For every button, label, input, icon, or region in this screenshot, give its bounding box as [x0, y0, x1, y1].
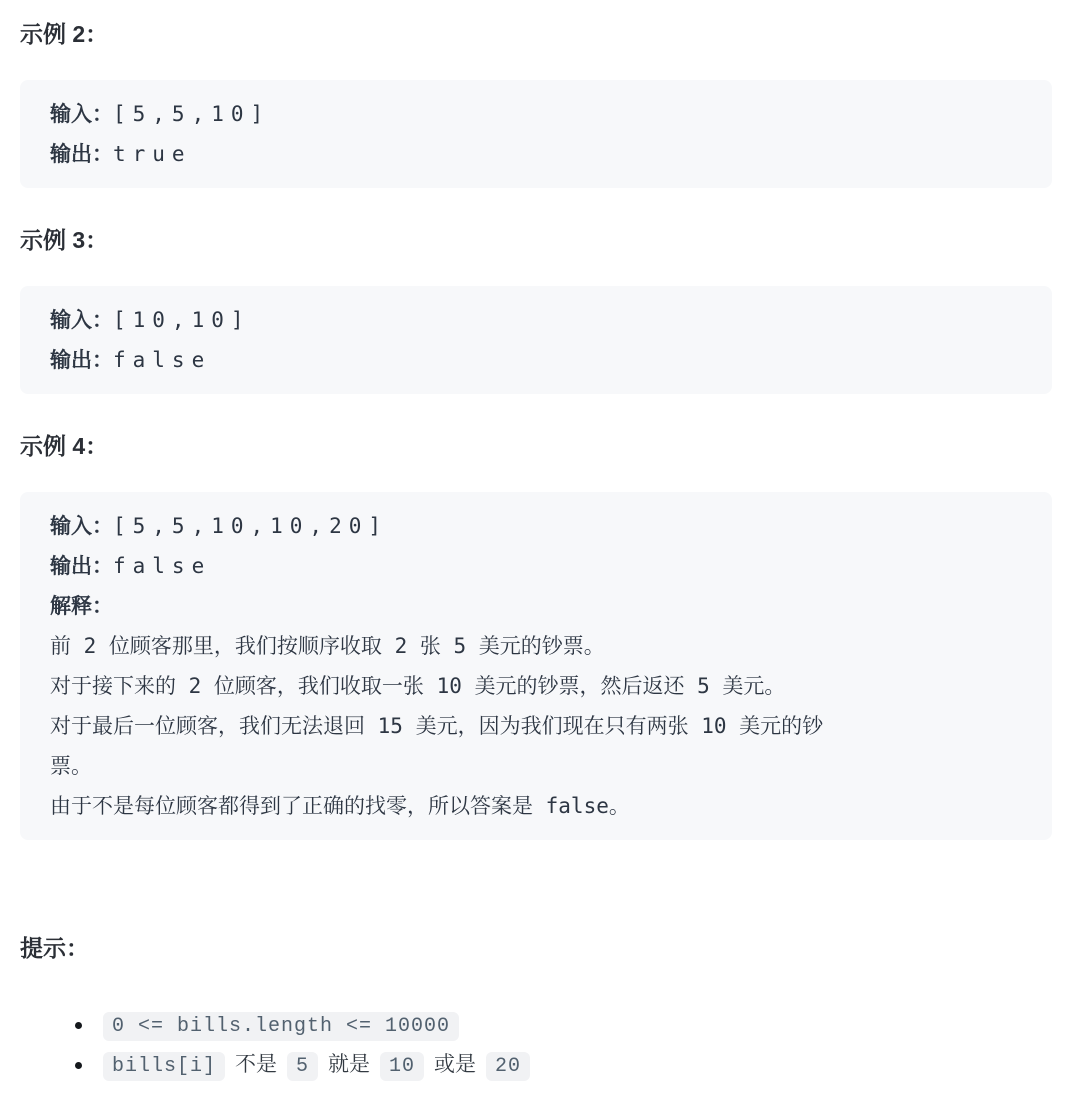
inline-code: 20: [486, 1052, 530, 1081]
hints-heading: 提示：: [20, 932, 1052, 964]
io-line-output: 输出：true: [50, 134, 1022, 174]
example-2-heading: 示例 2：: [20, 18, 1052, 50]
example-4-code-block: 输入：[5,5,10,10,20] 输出：false 解释： 前 2 位顾客那里…: [20, 492, 1052, 840]
explanation-line: 对于最后一位顾客，我们无法退回 15 美元，因为我们现在只有两张 10 美元的钞: [50, 706, 1022, 746]
hint-item: 0 <= bills.length <= 10000: [103, 1006, 1052, 1046]
inline-code: 5: [287, 1052, 318, 1081]
hint-item: bills[i]不是5就是10或是20: [103, 1046, 1052, 1086]
example-2-code-block: 输入：[5,5,10] 输出：true: [20, 80, 1052, 188]
hint-text: 不是: [235, 1053, 277, 1076]
output-label: 输出：: [50, 348, 113, 372]
io-line-input: 输入：[10,10]: [50, 300, 1022, 340]
input-label: 输入：: [50, 514, 113, 538]
io-line-output: 输出：false: [50, 546, 1022, 586]
input-label: 输入：: [50, 102, 113, 126]
inline-code: 0 <= bills.length <= 10000: [103, 1012, 459, 1041]
problem-description: 示例 2： 输入：[5,5,10] 输出：true 示例 3： 输入：[10,1…: [0, 0, 1084, 1086]
explanation-label-line: 解释：: [50, 586, 1022, 626]
example-3-code-block: 输入：[10,10] 输出：false: [20, 286, 1052, 394]
hint-text: 或是: [434, 1053, 476, 1076]
hint-text: 就是: [328, 1053, 370, 1076]
input-value: [5,5,10]: [113, 102, 270, 126]
io-line-input: 输入：[5,5,10,10,20]: [50, 506, 1022, 546]
input-value: [10,10]: [113, 308, 251, 332]
explanation-label: 解释：: [50, 594, 113, 618]
explanation-line: 前 2 位顾客那里，我们按顺序收取 2 张 5 美元的钞票。: [50, 626, 1022, 666]
output-value: false: [113, 554, 211, 578]
example-4-heading: 示例 4：: [20, 430, 1052, 462]
inline-code: 10: [380, 1052, 424, 1081]
output-label: 输出：: [50, 554, 113, 578]
output-label: 输出：: [50, 142, 113, 166]
input-value: [5,5,10,10,20]: [113, 514, 388, 538]
explanation-line: 对于接下来的 2 位顾客，我们收取一张 10 美元的钞票，然后返还 5 美元。: [50, 666, 1022, 706]
explanation-line: 票。: [50, 746, 1022, 786]
explanation-line: 由于不是每位顾客都得到了正确的找零，所以答案是 false。: [50, 786, 1022, 826]
inline-code: bills[i]: [103, 1052, 225, 1081]
output-value: true: [113, 142, 192, 166]
output-value: false: [113, 348, 211, 372]
hints-list: 0 <= bills.length <= 10000 bills[i]不是5就是…: [20, 1006, 1052, 1086]
io-line-input: 输入：[5,5,10]: [50, 94, 1022, 134]
io-line-output: 输出：false: [50, 340, 1022, 380]
example-3-heading: 示例 3：: [20, 224, 1052, 256]
input-label: 输入：: [50, 308, 113, 332]
